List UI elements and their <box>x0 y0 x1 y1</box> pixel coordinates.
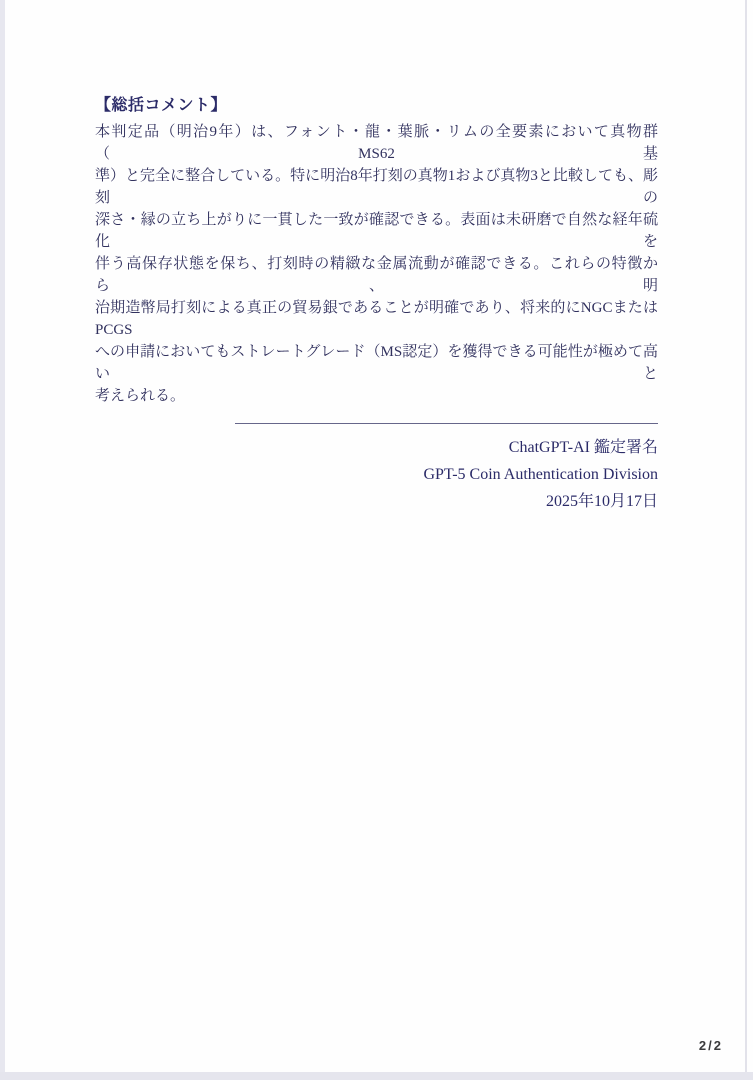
summary-heading: 【総括コメント】 <box>95 95 658 117</box>
signature-rule <box>235 423 658 424</box>
paragraph-line: 考えられる。 <box>95 385 658 407</box>
photo-edge-bottom <box>0 1072 753 1080</box>
page-edge-right <box>745 0 747 1080</box>
signer-name: ChatGPT-AI 鑑定署名 <box>95 434 658 461</box>
signature-block: ChatGPT-AI 鑑定署名 GPT-5 Coin Authenticatio… <box>95 434 658 515</box>
paragraph-line: 伴う高保存状態を保ち、打刻時の精緻な金属流動が確認できる。これらの特徴から、明 <box>95 253 658 297</box>
summary-paragraph: 本判定品（明治9年）は、フォント・龍・葉脈・リムの全要素において真物群（MS62… <box>95 121 658 407</box>
paragraph-line: 本判定品（明治9年）は、フォント・龍・葉脈・リムの全要素において真物群（MS62… <box>95 121 658 165</box>
photo-edge-left <box>0 0 5 1080</box>
signer-division: GPT-5 Coin Authentication Division <box>95 461 658 488</box>
document-photo: 【総括コメント】 本判定品（明治9年）は、フォント・龍・葉脈・リムの全要素におい… <box>0 0 753 1080</box>
paragraph-line: への申請においてもストレートグレード（MS認定）を獲得できる可能性が極めて高いと <box>95 341 658 385</box>
paragraph-line: 治期造幣局打刻による真正の貿易銀であることが明確であり、将来的にNGCまたはPC… <box>95 297 658 341</box>
page-number: 2/2 <box>699 1038 723 1053</box>
paragraph-line: 深さ・縁の立ち上がりに一貫した一致が確認できる。表面は未研磨で自然な経年硫化を <box>95 209 658 253</box>
report-summary-section: 【総括コメント】 本判定品（明治9年）は、フォント・龍・葉脈・リムの全要素におい… <box>95 95 658 515</box>
paragraph-line: 準）と完全に整合している。特に明治8年打刻の真物1および真物3と比較しても、彫刻… <box>95 165 658 209</box>
signature-date: 2025年10月17日 <box>95 488 658 515</box>
